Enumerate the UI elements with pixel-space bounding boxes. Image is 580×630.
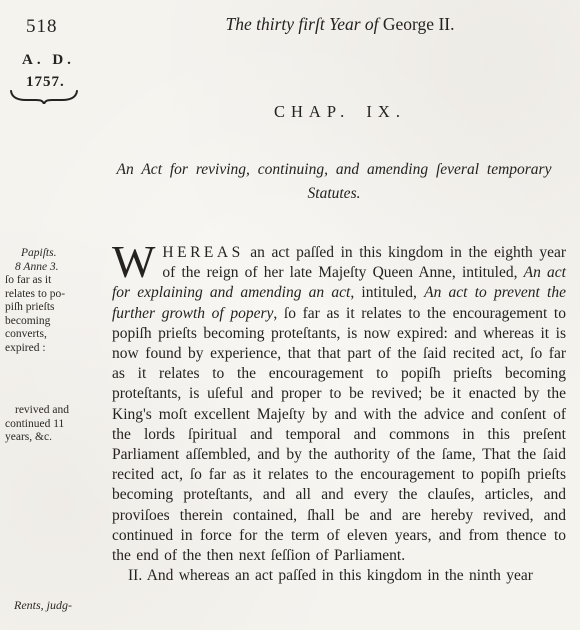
margin-note-line: converts, [5, 328, 107, 342]
margin-note-revived: revived and continued 11 years, &c. [5, 404, 107, 445]
body-segment: , ſo far as it relates to the encouragem… [112, 305, 566, 564]
margin-note-line: Papiſts. [5, 247, 107, 261]
body-text-column: WHEREAS an act paſſed in this kingdom in… [112, 243, 566, 586]
margin-note-papists: Papiſts. 8 Anne 3. ſo far as it relates … [5, 247, 107, 355]
margin-note-line: expired : [5, 342, 107, 356]
year-underbrace-ornament [8, 90, 80, 109]
running-title: The thirty firſt Year of George II. [112, 14, 568, 35]
act-title: An Act for reviving, continuing, and ame… [100, 158, 568, 206]
year-label: A. D. [22, 52, 75, 69]
page-number: 518 [26, 16, 58, 38]
body-paragraph-2: II. And whereas an act paſſed in this ki… [112, 566, 566, 586]
year-value: 1757. [26, 74, 65, 91]
chapter-heading: CHAP. IX. [112, 102, 568, 122]
margin-note-line: becoming [5, 315, 107, 329]
margin-note-line: piſh prieſts [5, 301, 107, 315]
margin-note-line: relates to po- [5, 288, 107, 302]
opening-word-caps: HEREAS [162, 244, 243, 261]
margin-note-line: continued 11 [5, 418, 107, 432]
margin-note-line: years, &c. [5, 431, 107, 445]
margin-note-line: ſo far as it [5, 274, 107, 288]
body-segment: , intituled, [350, 284, 424, 301]
margin-note-line: revived and [5, 404, 107, 418]
margin-note-line: Rents, judg- [14, 599, 116, 613]
act-title-line2: Statutes. [100, 182, 568, 206]
running-title-italic-part: The thirty firſt Year of [226, 14, 379, 34]
act-title-line1: An Act for reviving, continuing, and ame… [100, 158, 568, 182]
margin-note-rents: Rents, judg- [14, 599, 116, 613]
dropcap-initial: W [112, 243, 162, 280]
scanned-book-page: 518 The thirty firſt Year of George II. … [0, 0, 580, 630]
margin-note-line: 8 Anne 3. [5, 261, 107, 275]
body-paragraph-1: WHEREAS an act paſſed in this kingdom in… [112, 243, 566, 566]
running-title-roman-part: George II. [379, 14, 455, 34]
